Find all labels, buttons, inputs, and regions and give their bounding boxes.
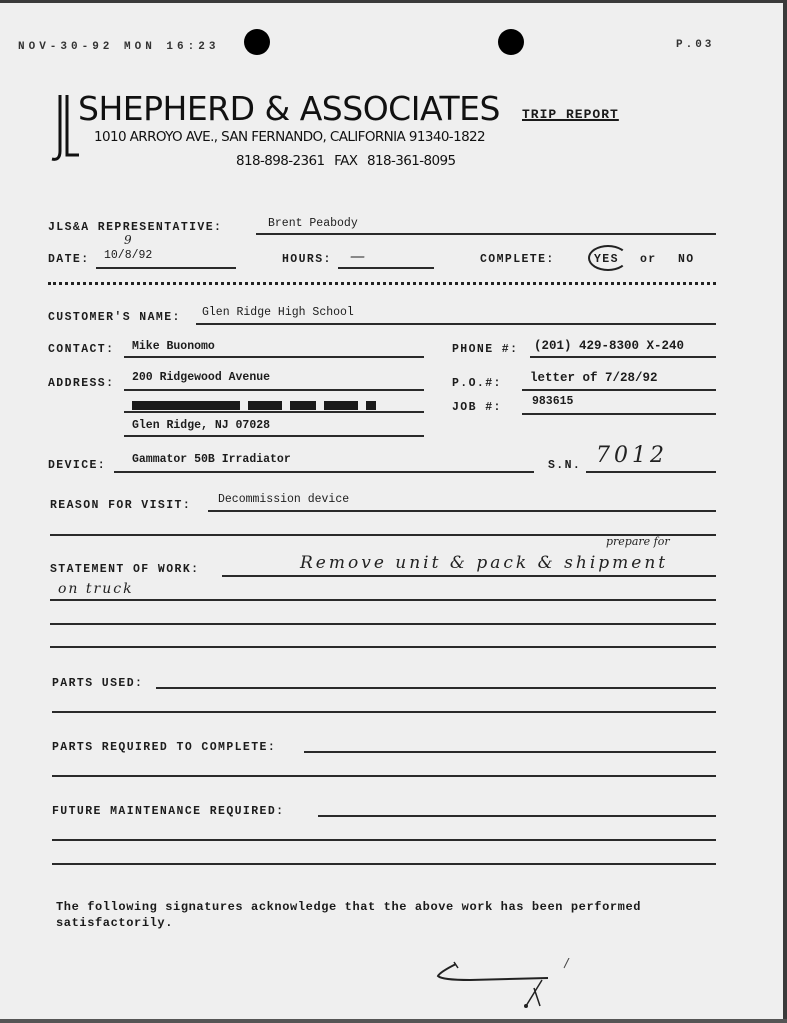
address-line1-rule (124, 389, 424, 391)
future-maintenance-label: FUTURE MAINTENANCE REQUIRED: (52, 805, 284, 818)
parts-used-label: PARTS USED: (52, 677, 143, 690)
contact-line (124, 356, 424, 358)
statement-of-work-rule3 (50, 623, 716, 625)
company-logo-mark (50, 93, 74, 165)
po-label: P.O.#: (452, 377, 502, 390)
section-divider (48, 282, 716, 285)
parts-used-line-2 (52, 711, 716, 713)
company-phone-fax: 818-898-2361 FAX 818-361-8095 (236, 153, 455, 169)
serial-label: S.N. (548, 459, 581, 472)
statement-of-work-label: STATEMENT OF WORK: (50, 563, 199, 576)
address-label: ADDRESS: (48, 377, 114, 390)
statement-of-work-rule2 (50, 599, 716, 601)
address-line3: Glen Ridge, NJ 07028 (132, 419, 270, 432)
address-line1: 200 Ridgewood Avenue (132, 371, 270, 384)
complete-or: or (640, 253, 657, 266)
statement-of-work-insertion: prepare for (606, 535, 670, 548)
statement-of-work-line1: Remove unit & pack & shipment (300, 553, 668, 573)
future-maintenance-line-3 (52, 863, 716, 865)
device-line (114, 471, 534, 473)
contact-value: Mike Buonomo (132, 340, 215, 353)
complete-yes-circle (588, 245, 628, 271)
future-maintenance-line (318, 815, 716, 817)
future-maintenance-line-2 (52, 839, 716, 841)
phone-value: (201) 429-8300 X-240 (534, 339, 684, 353)
po-value: letter of 7/28/92 (530, 371, 658, 385)
representative-label: JLS&A REPRESENTATIVE: (48, 221, 222, 234)
page-bottom-edge (0, 1019, 787, 1023)
po-line (522, 389, 716, 391)
representative-value: Brent Peabody (268, 217, 358, 230)
contact-label: CONTACT: (48, 343, 114, 356)
date-label: DATE: (48, 253, 90, 266)
job-value: 983615 (532, 395, 573, 408)
parts-required-line-2 (52, 775, 716, 777)
acknowledgement-text: The following signatures acknowledge tha… (56, 899, 696, 931)
complete-no: NO (678, 253, 695, 266)
address-line2-rule (124, 411, 424, 413)
customer-name-label: CUSTOMER'S NAME: (48, 311, 181, 324)
complete-label: COMPLETE: (480, 253, 555, 266)
serial-value: 7012 (596, 443, 668, 468)
parts-required-label: PARTS REQUIRED TO COMPLETE: (52, 741, 276, 754)
serial-line (586, 471, 716, 473)
reason-label: REASON FOR VISIT: (50, 499, 191, 512)
document-title: TRIP REPORT (522, 107, 619, 122)
trip-report-page: NOV-30-92 MON 16:23 P.03 SHEPHERD & ASSO… (0, 0, 787, 1023)
phone-line (530, 356, 716, 358)
statement-of-work-rule1 (222, 575, 716, 577)
hours-value: — (350, 247, 365, 265)
representative-line (256, 233, 716, 235)
statement-of-work-rule4 (50, 646, 716, 648)
reason-value: Decommission device (218, 493, 349, 506)
device-label: DEVICE: (48, 459, 106, 472)
date-value: 10/8/92 (104, 249, 152, 262)
job-line (522, 413, 716, 415)
hours-label: HOURS: (282, 253, 332, 266)
fax-timestamp: NOV-30-92 MON 16:23 (18, 41, 219, 53)
date-line (96, 267, 236, 269)
punch-hole-icon (244, 29, 270, 55)
customer-name-line (196, 323, 716, 325)
company-fax: FAX 818-361-8095 (334, 153, 455, 169)
punch-hole-icon (498, 29, 524, 55)
parts-used-line (156, 687, 716, 689)
parts-required-line (304, 751, 716, 753)
statement-of-work-line2: on truck (58, 581, 134, 597)
company-address: 1010 ARROYO AVE., SAN FERNANDO, CALIFORN… (94, 129, 485, 145)
address-line3-rule (124, 435, 424, 437)
date-correction: 9 (124, 233, 132, 247)
hours-line (338, 267, 434, 269)
fax-page-number: P.03 (676, 39, 714, 51)
customer-signature (430, 958, 580, 1018)
phone-label: PHONE #: (452, 343, 518, 356)
company-name: SHEPHERD & ASSOCIATES (78, 89, 500, 129)
job-label: JOB #: (452, 401, 502, 414)
company-phone: 818-898-2361 (236, 153, 324, 169)
reason-line (208, 510, 716, 512)
device-value: Gammator 50B Irradiator (132, 453, 291, 466)
customer-name-value: Glen Ridge High School (202, 306, 354, 319)
